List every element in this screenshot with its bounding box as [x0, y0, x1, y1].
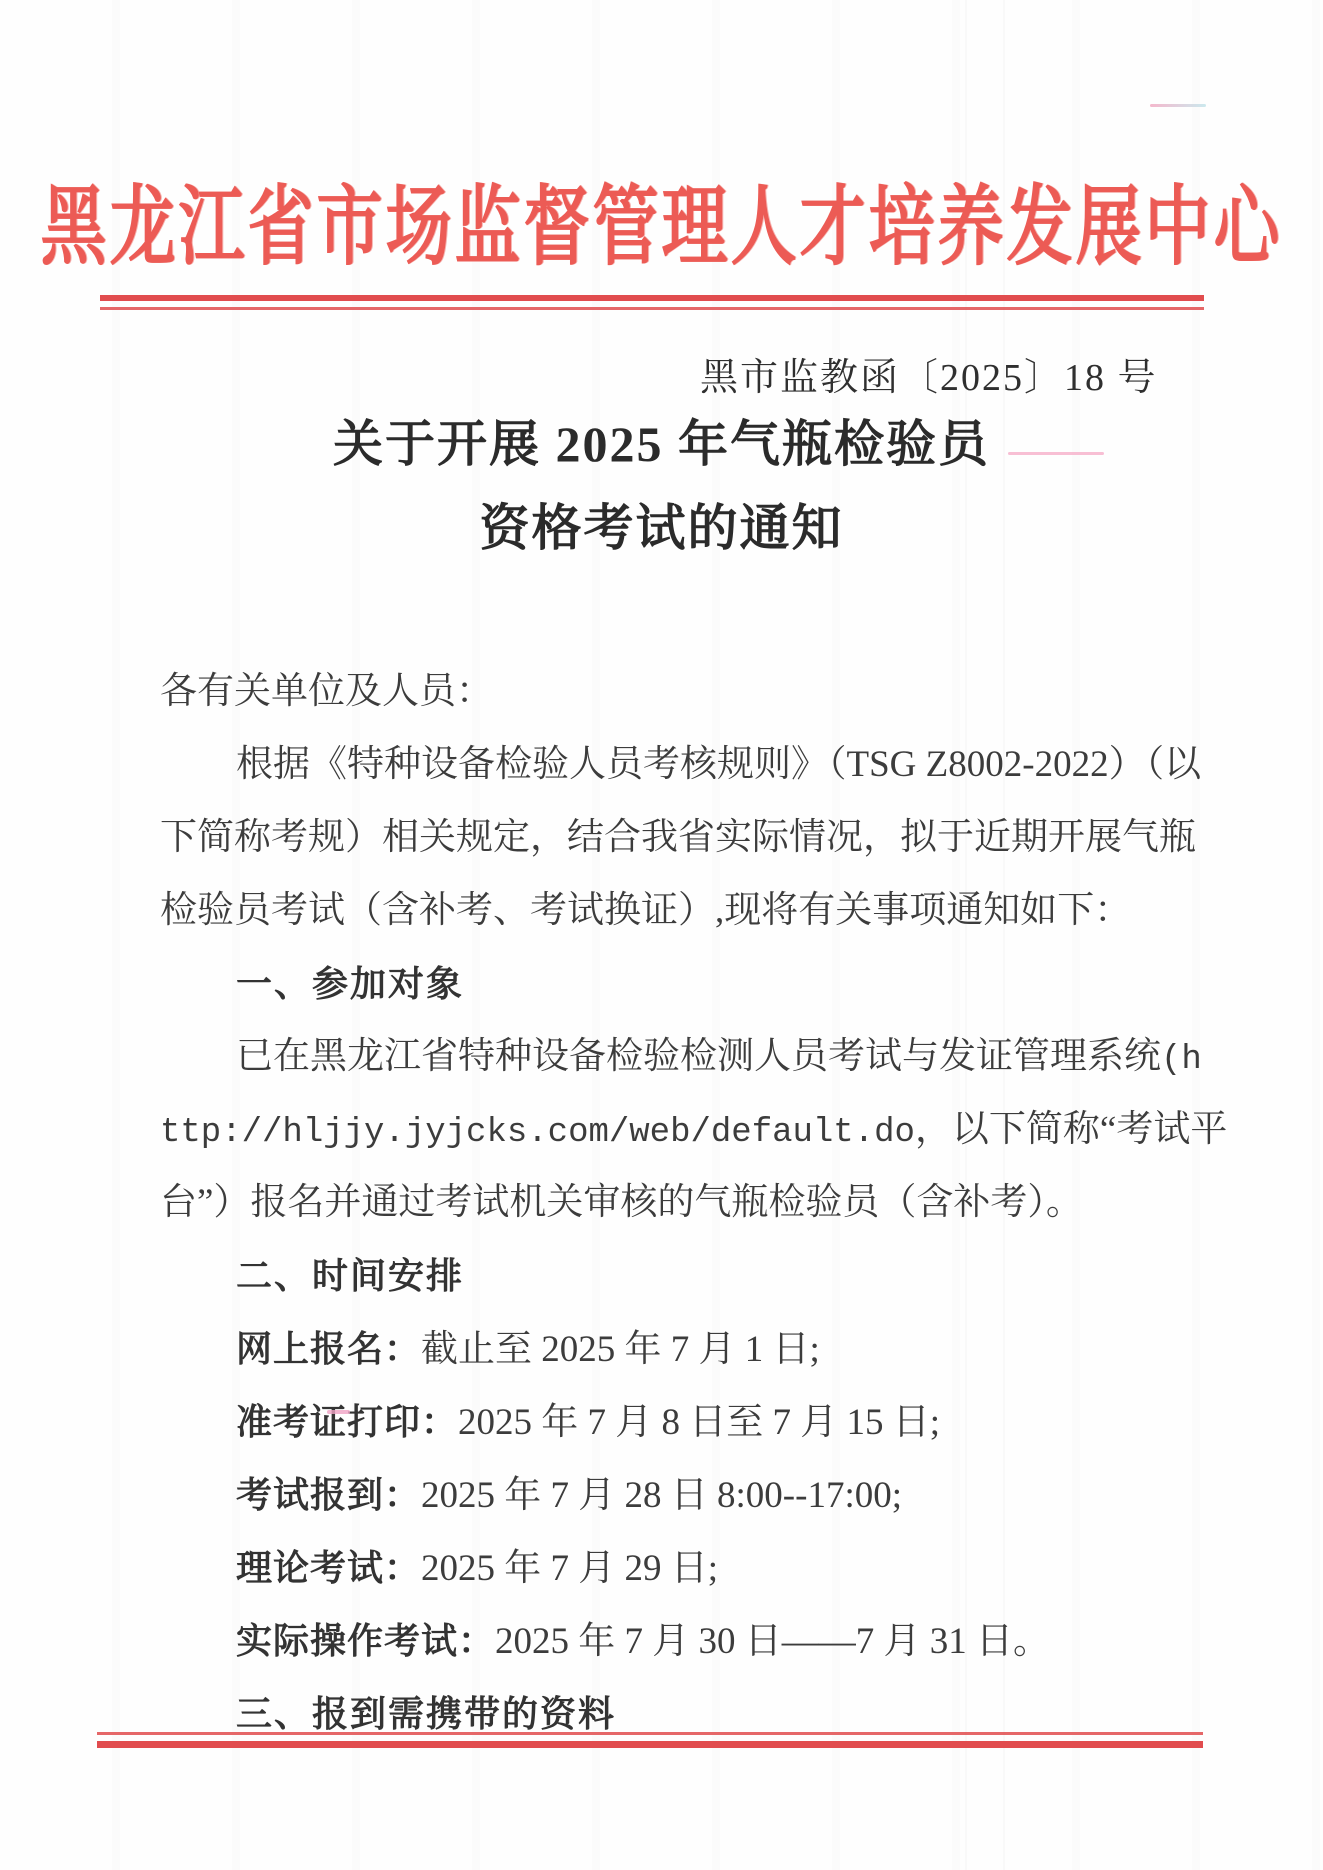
schedule-row-theory-exam: 理论考试：2025 年 7 月 29 日; — [160, 1531, 1180, 1604]
intro-line-1: 根据《特种设备检验人员考核规则》（TSG Z8002-2022）（以 — [160, 728, 1180, 801]
section1-line-3: 台”）报名并通过考试机关审核的气瓶检验员（含补考）。 — [160, 1166, 1180, 1239]
schedule-label: 准考证打印： — [236, 1401, 458, 1442]
schedule-row-checkin: 考试报到：2025 年 7 月 28 日 8:00--17:00; — [160, 1458, 1180, 1531]
schedule-label: 考试报到： — [236, 1474, 421, 1515]
section1-line-1-cn: 已在黑龙江省特种设备检验检测人员考试与发证管理系统 — [236, 1036, 1161, 1077]
section1-heading: 一、参加对象 — [160, 947, 1180, 1020]
section1-line-2-cn: ，以下简称“考试平 — [915, 1109, 1227, 1150]
section1-line-2: ttp://hljjy.jyjcks.com/web/default.do，以下… — [160, 1093, 1180, 1166]
schedule-value: 2025 年 7 月 8 日至 7 月 15 日; — [458, 1402, 940, 1443]
schedule-label: 网上报名： — [236, 1328, 421, 1369]
schedule-value: 2025 年 7 月 30 日——7 月 31 日。 — [495, 1621, 1050, 1662]
document-number: 黑市监教函〔2025〕18 号 — [700, 346, 1095, 401]
intro-line-2: 下简称考规）相关规定，结合我省实际情况，拟于近期开展气瓶 — [160, 801, 1180, 874]
letterhead-rule-thin — [100, 307, 1204, 310]
letterhead-title: 黑龙江省市场监督管理人才培养发展中心 — [0, 156, 1323, 281]
schedule-label: 理论考试： — [236, 1547, 421, 1588]
schedule-row-practical-exam: 实际操作考试：2025 年 7 月 30 日——7 月 31 日。 — [160, 1604, 1180, 1677]
document-title: 关于开展 2025 年气瓶检验员 资格考试的通知 — [0, 402, 1323, 570]
schedule-value: 截止至 2025 年 7 月 1 日; — [421, 1329, 820, 1370]
salutation: 各有关单位及人员： — [160, 655, 1180, 728]
exam-platform-url: ttp://hljjy.jyjcks.com/web/default.do — [160, 1114, 915, 1152]
section3-heading: 三、报到需携带的资料 — [160, 1677, 1180, 1750]
scan-artifact — [1008, 452, 1104, 455]
document-body: 各有关单位及人员： 根据《特种设备检验人员考核规则》（TSG Z8002-202… — [160, 655, 1180, 1750]
footer-rule-thick — [97, 1741, 1203, 1748]
letterhead-rule-thick — [100, 295, 1204, 301]
schedule-value: 2025 年 7 月 29 日; — [421, 1548, 718, 1589]
section1-line-1: 已在黑龙江省特种设备检验检测人员考试与发证管理系统(h — [160, 1020, 1180, 1093]
intro-line-3: 检验员考试（含补考、考试换证）,现将有关事项通知如下： — [160, 874, 1180, 947]
section1-line-1-url-fragment: (h — [1161, 1041, 1202, 1079]
document-title-line1: 关于开展 2025 年气瓶检验员 — [0, 402, 1323, 486]
scan-artifact — [1150, 104, 1206, 107]
footer-rule-thin — [97, 1732, 1203, 1735]
scan-artifact — [327, 1410, 350, 1414]
schedule-row-online-signup: 网上报名：截止至 2025 年 7 月 1 日; — [160, 1312, 1180, 1385]
schedule-label: 实际操作考试： — [236, 1620, 495, 1661]
schedule-value: 2025 年 7 月 28 日 8:00--17:00; — [421, 1475, 902, 1516]
section2-heading: 二、时间安排 — [160, 1239, 1180, 1312]
schedule-row-ticket-print: 准考证打印：2025 年 7 月 8 日至 7 月 15 日; — [160, 1385, 1180, 1458]
document-title-line2: 资格考试的通知 — [0, 486, 1323, 570]
document-page: 黑龙江省市场监督管理人才培养发展中心 黑市监教函〔2025〕18 号 关于开展 … — [0, 0, 1323, 1870]
